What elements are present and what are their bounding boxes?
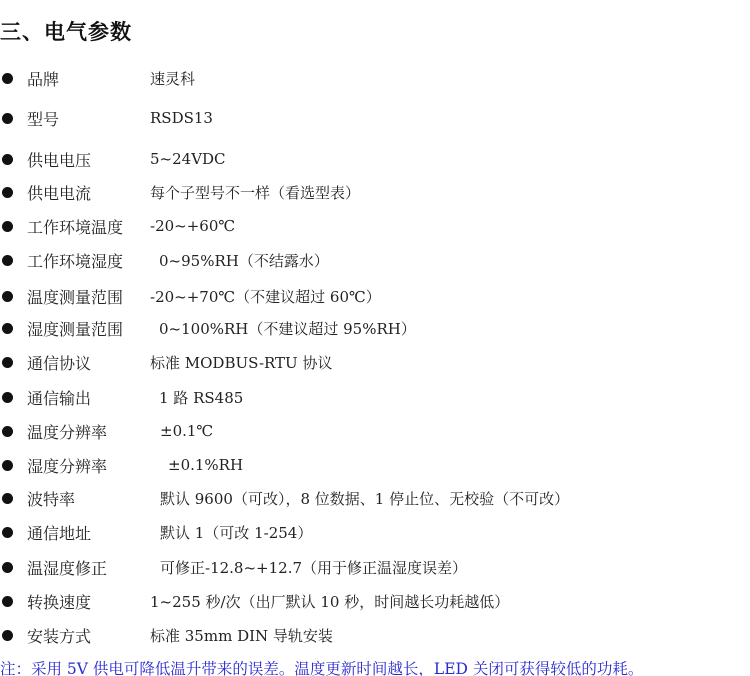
param-value: 标准 MODBUS-RTU 协议 (150, 352, 332, 373)
param-value: 1~255 秒/次（出厂默认 10 秒，时间越长功耗越低） (150, 591, 509, 612)
bullet-icon (2, 323, 13, 334)
param-row: 供电电压5~24VDC (0, 147, 91, 171)
param-label: 工作环境温度 (27, 215, 123, 238)
param-value: 标准 35mm DIN 导轨安装 (150, 625, 333, 646)
param-label: 温湿度修正 (27, 556, 107, 579)
param-row: 温度测量范围-20~+70℃（不建议超过 60℃） (0, 284, 123, 308)
param-value: 0~100%RH（不建议超过 95%RH） (159, 318, 416, 339)
param-row: 工作环境温度-20~+60℃ (0, 214, 123, 238)
param-row: 通信输出1 路 RS485 (0, 385, 91, 409)
param-value: 1 路 RS485 (159, 387, 243, 408)
bullet-icon (2, 527, 13, 538)
bullet-icon (2, 630, 13, 641)
param-label: 安装方式 (27, 624, 91, 647)
param-label: 转换速度 (27, 590, 91, 613)
param-label: 温度测量范围 (27, 285, 123, 308)
param-row: 通信协议标准 MODBUS-RTU 协议 (0, 350, 91, 374)
section-title: 三、电气参数 (0, 16, 132, 46)
param-value: 0~95%RH（不结露水） (159, 250, 329, 271)
param-label: 通信地址 (27, 521, 91, 544)
param-label: 湿度分辨率 (27, 454, 107, 477)
bullet-icon (2, 291, 13, 302)
param-label: 通信协议 (27, 351, 91, 374)
bullet-icon (2, 460, 13, 471)
bullet-icon (2, 562, 13, 573)
bullet-icon (2, 392, 13, 403)
param-value: 速灵科 (150, 68, 195, 89)
param-row: 湿度测量范围0~100%RH（不建议超过 95%RH） (0, 316, 123, 340)
param-label: 温度分辨率 (27, 420, 107, 443)
param-value: RSDS13 (150, 109, 213, 127)
param-value: 默认 9600（可改），8 位数据、1 停止位、无校验（不可改） (160, 488, 569, 509)
param-value: -20~+60℃ (150, 217, 235, 235)
param-value: 每个子型号不一样（看选型表） (150, 182, 360, 203)
param-value: 默认 1（可改 1-254） (160, 522, 312, 543)
bullet-icon (2, 187, 13, 198)
param-row: 温度分辨率±0.1℃ (0, 419, 107, 443)
bullet-icon (2, 357, 13, 368)
param-row: 型号RSDS13 (0, 106, 59, 130)
param-label: 湿度测量范围 (27, 317, 123, 340)
bullet-icon (2, 493, 13, 504)
param-row: 品牌速灵科 (0, 66, 59, 90)
param-label: 工作环境湿度 (27, 249, 123, 272)
param-row: 供电电流每个子型号不一样（看选型表） (0, 180, 91, 204)
note-text: 注：采用 5V 供电可降低温升带来的误差。温度更新时间越长，LED 关闭可获得较… (0, 657, 643, 676)
param-label: 通信输出 (27, 386, 91, 409)
bullet-icon (2, 113, 13, 124)
param-value: ±0.1%RH (168, 456, 243, 474)
bullet-icon (2, 154, 13, 165)
param-label: 波特率 (27, 487, 75, 510)
bullet-icon (2, 426, 13, 437)
param-label: 供电电流 (27, 181, 91, 204)
param-row: 波特率默认 9600（可改），8 位数据、1 停止位、无校验（不可改） (0, 486, 75, 510)
param-row: 工作环境湿度0~95%RH（不结露水） (0, 248, 123, 272)
bullet-icon (2, 596, 13, 607)
param-row: 通信地址默认 1（可改 1-254） (0, 520, 91, 544)
param-label: 供电电压 (27, 148, 91, 171)
param-value: 可修正-12.8~+12.7（用于修正温湿度误差） (160, 557, 467, 578)
param-value: 5~24VDC (150, 150, 226, 168)
param-value: ±0.1℃ (160, 422, 213, 440)
bullet-icon (2, 221, 13, 232)
param-row: 湿度分辨率±0.1%RH (0, 453, 107, 477)
param-value: -20~+70℃（不建议超过 60℃） (150, 286, 381, 307)
bullet-icon (2, 255, 13, 266)
param-row: 安装方式标准 35mm DIN 导轨安装 (0, 623, 91, 647)
bullet-icon (2, 73, 13, 84)
param-label: 型号 (27, 107, 59, 130)
param-row: 转换速度1~255 秒/次（出厂默认 10 秒，时间越长功耗越低） (0, 589, 91, 613)
param-row: 温湿度修正可修正-12.8~+12.7（用于修正温湿度误差） (0, 555, 107, 579)
param-label: 品牌 (27, 67, 59, 90)
